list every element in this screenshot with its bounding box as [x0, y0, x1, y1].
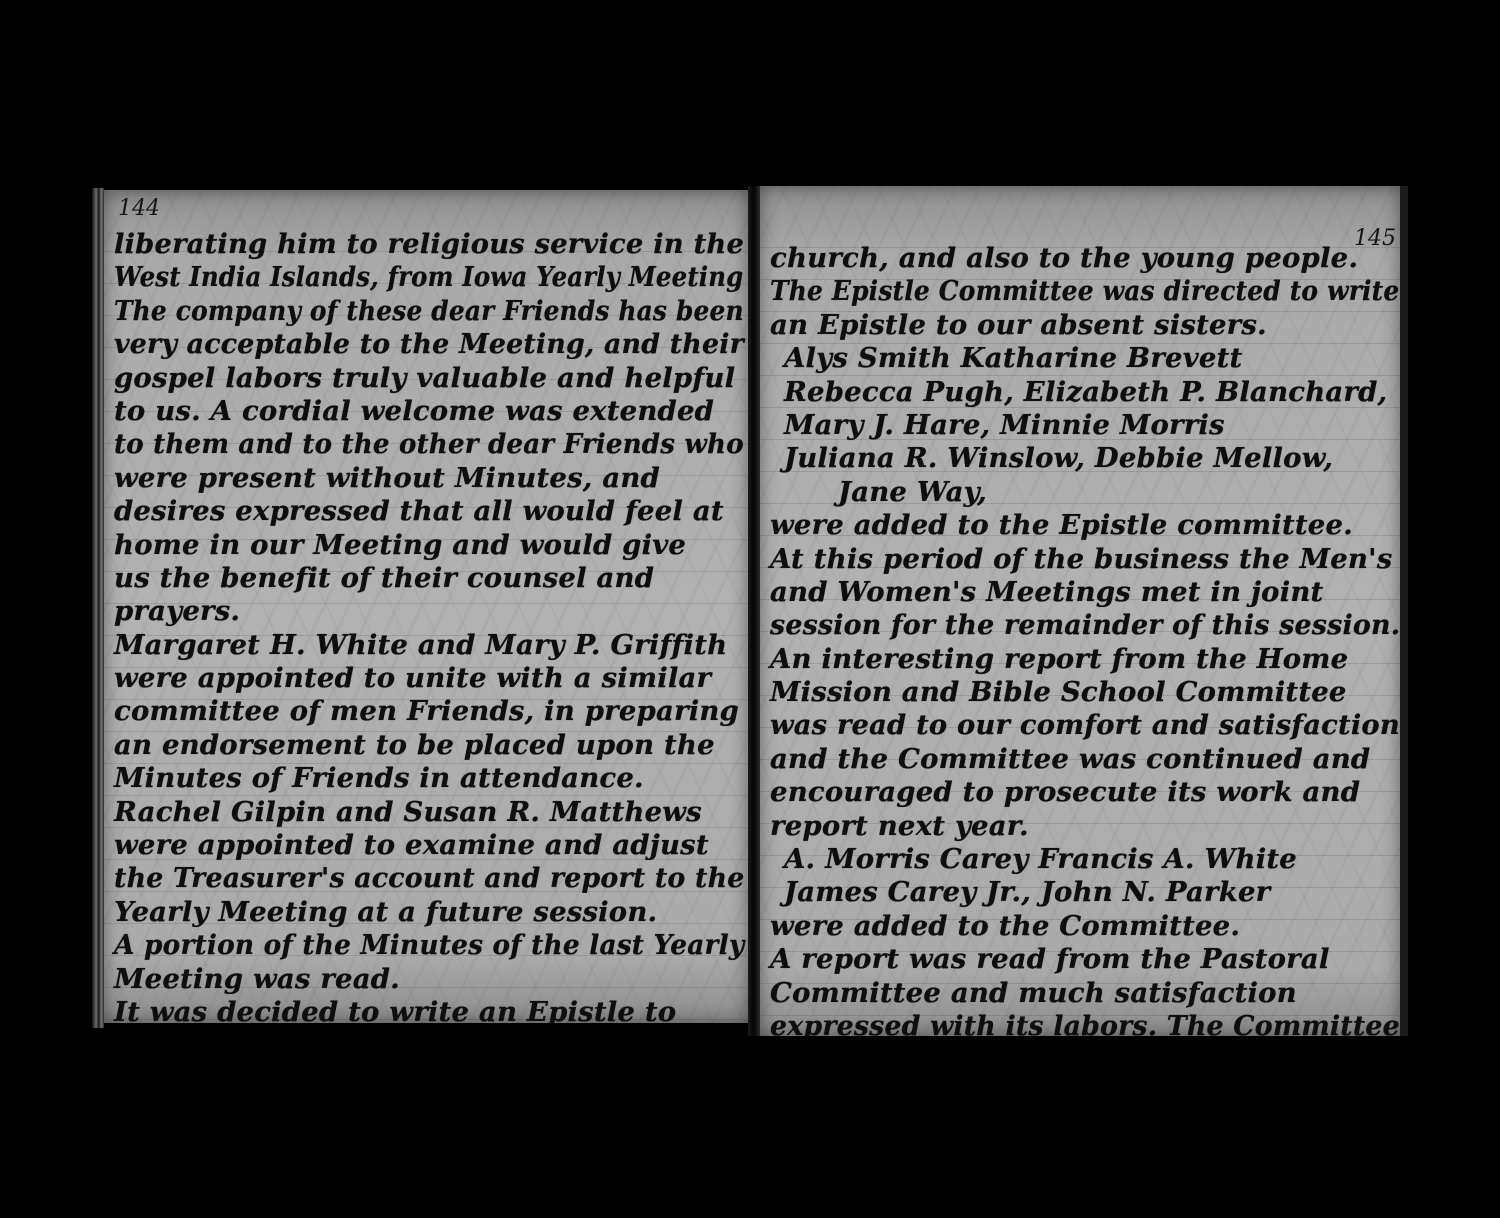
book-binding-edge: [92, 188, 104, 1028]
right-page-text: church, and also to the young people.The…: [770, 242, 1400, 1036]
left-page-line: to us. A cordial welcome was extended: [114, 395, 744, 428]
left-page-line: Rachel Gilpin and Susan R. Matthews: [114, 796, 744, 829]
left-page-text: liberating him to religious service in t…: [114, 228, 744, 1023]
right-page-line: and the Committee was continued and: [770, 743, 1400, 776]
left-page-line: The company of these dear Friends has be…: [114, 295, 684, 328]
right-page-line: and Women's Meetings met in joint: [770, 576, 1400, 609]
right-page-line: expressed with its labors. The Committee: [770, 1010, 1384, 1036]
right-page-line: Committee and much satisfaction: [770, 977, 1400, 1010]
left-page-line: West India Islands, from Iowa Yearly Mee…: [114, 261, 673, 294]
right-page-line: The Epistle Committee was directed to wr…: [770, 275, 1341, 308]
page-number-left: 144: [118, 196, 160, 221]
left-page-line: desires expressed that all would feel at: [114, 495, 744, 528]
right-page-line: Alys Smith Katharine Brevett: [770, 342, 1400, 375]
right-page-line: church, and also to the young people.: [770, 242, 1400, 275]
right-page-line: were added to the Epistle committee.: [770, 509, 1400, 542]
right-page-line: An interesting report from the Home: [770, 643, 1400, 676]
left-page-line: to them and to the other dear Friends wh…: [114, 428, 712, 461]
book-gutter: [748, 186, 760, 1036]
right-page-line: At this period of the business the Men's: [770, 543, 1400, 576]
right-page-line: Mission and Bible School Committee: [770, 676, 1400, 709]
right-page-line: were added to the Committee.: [770, 910, 1400, 943]
right-page-line: encouraged to prosecute its work and: [770, 776, 1400, 809]
left-page-line: gospel labors truly valuable and helpful: [114, 362, 744, 395]
left-page-line: home in our Meeting and would give: [114, 529, 744, 562]
right-page-line: session for the remainder of this sessio…: [770, 609, 1386, 642]
left-page-line: Minutes of Friends in attendance.: [114, 762, 744, 795]
scanned-document: 144 liberating him to religious service …: [0, 0, 1500, 1218]
left-page-line: Margaret H. White and Mary P. Griffith: [114, 629, 744, 662]
left-page-line: were appointed to examine and adjust: [114, 829, 744, 862]
left-page-line: very acceptable to the Meeting, and thei…: [114, 328, 728, 361]
right-page-line: Mary J. Hare, Minnie Morris: [770, 409, 1400, 442]
left-page-line: us the benefit of their counsel and: [114, 562, 744, 595]
right-page-line: report next year.: [770, 810, 1400, 843]
left-page-line: A portion of the Minutes of the last Yea…: [114, 929, 718, 962]
right-page-line: James Carey Jr., John N. Parker: [770, 876, 1400, 909]
right-page-line: Juliana R. Winslow, Debbie Mellow,: [770, 442, 1400, 475]
left-page-line: an endorsement to be placed upon the: [114, 729, 744, 762]
left-page-line: were appointed to unite with a similar: [114, 662, 744, 695]
left-page-line: liberating him to religious service in t…: [114, 228, 740, 261]
right-page-line: Rebecca Pugh, Elizabeth P. Blanchard,: [770, 376, 1400, 409]
left-page-line: prayers.: [114, 595, 744, 628]
right-page-line: A. Morris Carey Francis A. White: [770, 843, 1400, 876]
right-page-line: was read to our comfort and satisfaction: [770, 709, 1396, 742]
left-page-line: Yearly Meeting at a future session.: [114, 896, 744, 929]
left-page-line: committee of men Friends, in preparing: [114, 695, 744, 728]
left-page-line: It was decided to write an Epistle to: [114, 996, 744, 1023]
left-page: 144 liberating him to religious service …: [104, 190, 748, 1023]
left-page-line: Meeting was read.: [114, 963, 744, 996]
right-page: 145 church, and also to the young people…: [760, 186, 1408, 1036]
left-page-line: were present without Minutes, and: [114, 462, 744, 495]
left-page-line: the Treasurer's account and report to th…: [114, 862, 728, 895]
right-page-line: Jane Way,: [770, 476, 1400, 509]
right-page-line: A report was read from the Pastoral: [770, 943, 1400, 976]
right-page-line: an Epistle to our absent sisters.: [770, 309, 1400, 342]
